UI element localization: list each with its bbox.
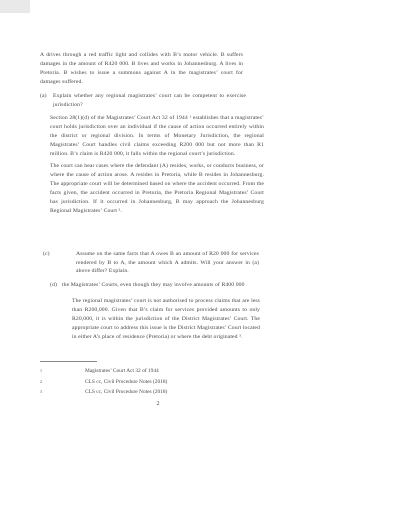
question-c: (c) Assume on the same facts that A owes… bbox=[43, 250, 259, 276]
footnote-1: 1 Magistrates’ Court Act 32 of 1944 bbox=[40, 367, 270, 378]
footnote-2-text: CLS cc, Civil Procedure Notes (2018) bbox=[85, 378, 270, 387]
footnote-1-marker: 1 bbox=[40, 367, 85, 373]
question-a-text: Explain whether any regional magistrates… bbox=[53, 92, 246, 110]
footnote-3-text: CLS cc, Civil Procedure Notes (2018) bbox=[85, 388, 270, 397]
footnote-2-marker: 2 bbox=[40, 378, 85, 384]
scan-corner-artifact bbox=[0, 0, 30, 13]
question-c-label: (c) bbox=[43, 250, 76, 276]
footnote-2: 2 CLS cc, Civil Procedure Notes (2018) bbox=[40, 378, 270, 389]
answer-a-paragraph-2: The court can hear cases where the defen… bbox=[50, 162, 264, 216]
question-d: (d) the Magistrates’ Courts, even though… bbox=[50, 281, 266, 290]
answer-d-paragraph: The regional magistrates’ court is not a… bbox=[72, 297, 260, 342]
footnote-3-marker: 3 bbox=[40, 388, 85, 394]
footnote-1-text: Magistrates’ Court Act 32 of 1944 bbox=[85, 367, 270, 376]
footnote-3: 3 CLS cc, Civil Procedure Notes (2018) bbox=[40, 388, 270, 399]
question-c-text: Assume on the same facts that A owes B a… bbox=[76, 250, 259, 276]
question-d-text: the Magistrates’ Courts, even though the… bbox=[62, 281, 266, 290]
footnote-separator bbox=[40, 361, 97, 362]
answer-a-paragraph-1: Section 28(1)(d) of the Magistrates’ Cou… bbox=[50, 114, 264, 159]
intro-paragraph: A drives through a red traffic light and… bbox=[40, 51, 243, 87]
page-number: 2 bbox=[150, 401, 166, 407]
footnotes-section: 1 Magistrates’ Court Act 32 of 1944 2 CL… bbox=[40, 367, 270, 399]
question-d-label: (d) bbox=[50, 281, 62, 290]
answer-a: Section 28(1)(d) of the Magistrates’ Cou… bbox=[50, 114, 264, 216]
question-a-label: (a) bbox=[40, 92, 53, 110]
document-page: A drives through a red traffic light and… bbox=[0, 0, 400, 518]
question-a: (a) Explain whether any regional magistr… bbox=[40, 92, 246, 110]
